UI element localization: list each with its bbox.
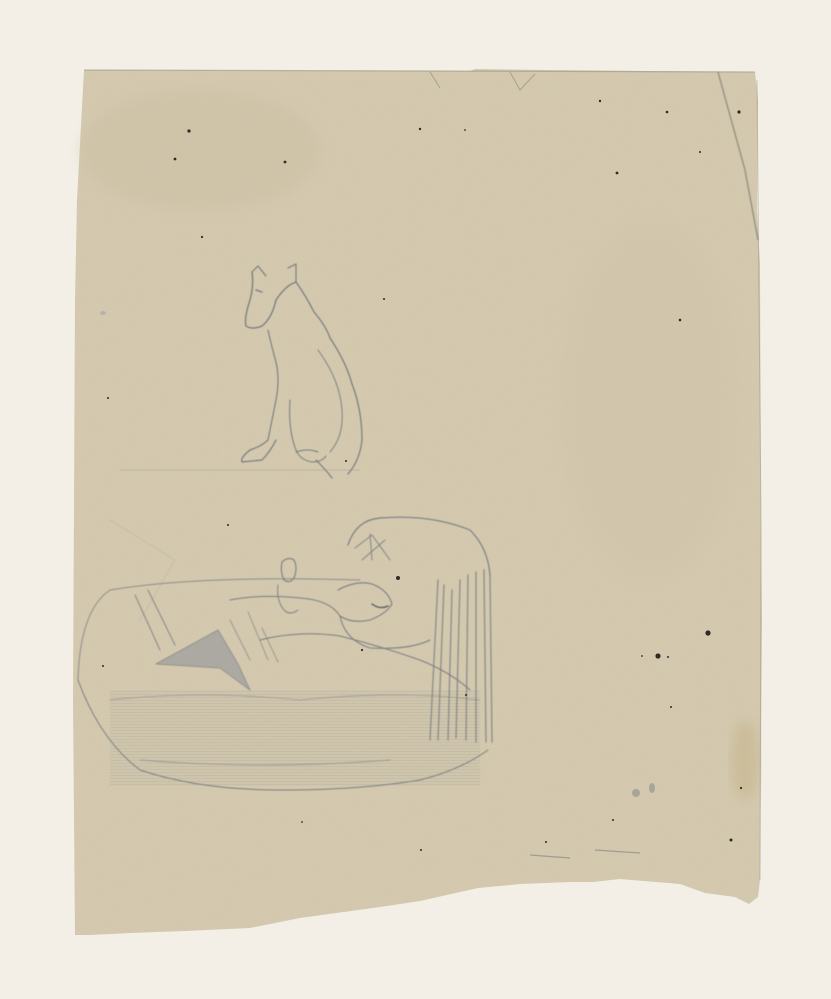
paper-sheet [73, 69, 762, 935]
scanned-artwork: Pencil sketch on aged, torn sheet of pap… [0, 0, 831, 999]
sketch-canvas [0, 0, 831, 999]
